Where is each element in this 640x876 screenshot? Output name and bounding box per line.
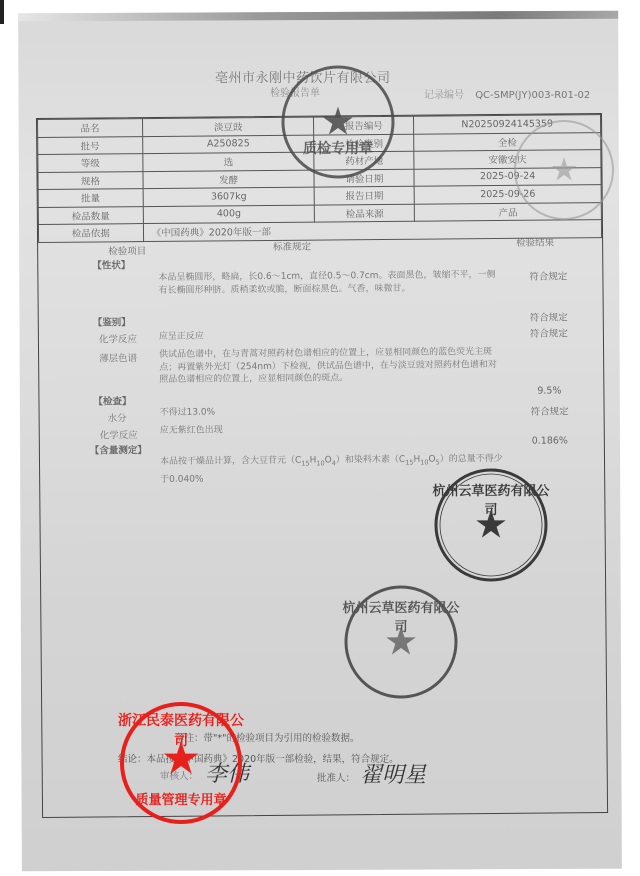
field-value: 3607kg [143, 187, 315, 206]
field-label: 规格 [38, 171, 143, 189]
seal-text: 浙江民泰医药有限公司 [118, 710, 244, 750]
result-value: 符合规定 [509, 309, 589, 324]
standard-text: 供试品色谱中，在与青蒿对照药材色谱相应的位置上，应显相同颜色的蓝色荧光主斑点；再… [159, 346, 505, 387]
field-label: 检品来源 [315, 204, 415, 222]
section-title: 【检查】 [93, 393, 131, 407]
result-value: 0.186% [510, 435, 590, 447]
result-value: 符合规定 [509, 325, 589, 340]
formula-text: 本品按干燥品计算，含大豆苷元（C [160, 456, 301, 467]
standard-text: 应呈正反应 [159, 328, 505, 344]
subitem-name: 水分 [108, 410, 127, 424]
quality-management-seal: ★ 杭州云草医药有限公司 [432, 466, 550, 584]
field-value: 400g [143, 205, 315, 224]
column-header-standard: 标准规定 [273, 239, 311, 253]
subitem-name: 化学反应 [99, 331, 137, 345]
record-number-value: QC-SMP(JY)003-R01-02 [475, 90, 590, 101]
record-number-label: 记录编号 [424, 90, 464, 101]
seal-text: 杭州云草医药有限公司 [432, 480, 550, 518]
formula-text: O [325, 455, 332, 465]
quality-inspection-seal-faint: ★ [512, 118, 616, 222]
seal-ring-icon [280, 64, 396, 180]
result-value: 符合规定 [510, 403, 590, 418]
record-number: 记录编号 QC-SMP(JY)003-R01-02 [424, 86, 590, 101]
formula-subscript: 10 [420, 458, 428, 466]
field-label: 报告日期 [315, 186, 415, 204]
field-label: 品名 [38, 119, 143, 137]
approver-signature: 翟明星 [360, 758, 426, 789]
field-label: 批号 [38, 136, 143, 154]
section-title: 【性状】 [92, 257, 130, 271]
standard-text: 本品呈椭圆形，略扁，长0.6～1cm，直径0.5～0.7cm。表面黑色，皱缩不平… [158, 269, 504, 297]
column-header-result: 检验结果 [516, 234, 554, 248]
formula-subscript: 15 [301, 459, 309, 467]
result-value: 9.5% [509, 385, 589, 397]
seal-ring-icon [512, 118, 616, 222]
section-title: 【鉴别】 [93, 314, 131, 328]
scan-edge-shadow [18, 11, 618, 22]
field-label: 等级 [38, 154, 143, 172]
subitem-name: 薄层色谱 [99, 350, 137, 364]
formula-subscript: 10 [316, 459, 324, 467]
scan-edge-mark [0, 0, 4, 24]
quality-management-seal-2: ★ 杭州云草医药有限公司 [342, 583, 460, 701]
seal-text: 杭州云草医药有限公司 [342, 597, 460, 635]
seal-text: 质检专用章 [280, 138, 396, 158]
formula-text: ）和染料木素（C [336, 455, 405, 466]
approver-label: 批准人： [317, 770, 355, 784]
result-value: 符合规定 [508, 268, 588, 283]
field-label: 批量 [38, 189, 143, 207]
formula-text: O [428, 455, 435, 465]
seal-text: 质量管理专用章 [118, 789, 244, 808]
field-label: 检品数量 [38, 206, 143, 224]
quality-inspection-seal: ★ 质检专用章 [280, 64, 396, 180]
red-quality-management-seal: ★ 浙江民泰医药有限公司 质量管理专用章 [118, 700, 244, 826]
standard-text: 不得过13.0% [160, 404, 506, 420]
field-label: 检品依据 [38, 224, 143, 242]
standard-text: 应无紫红色出现 [160, 422, 506, 438]
column-header-item: 检验项目 [108, 243, 146, 257]
section-title: 【含量测定】 [90, 442, 147, 456]
subitem-name: 化学反应 [100, 427, 138, 441]
